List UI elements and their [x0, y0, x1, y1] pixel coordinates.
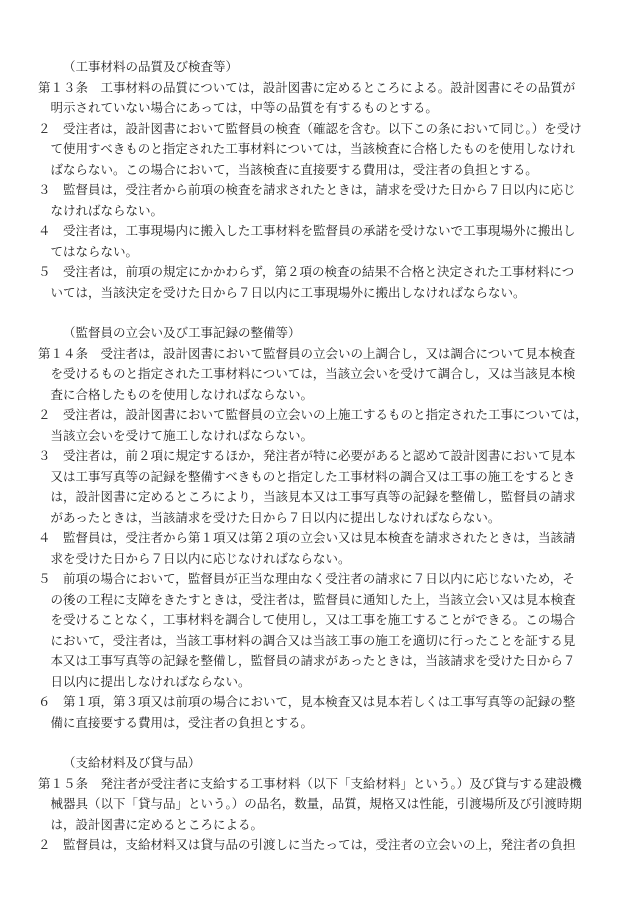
paragraph-first-line: ２ 監督員は，支給材料又は貸与品の引渡しに当たっては，受注者の立会いの上，発注者… — [38, 835, 594, 856]
paragraph-first-line: 第１４条 受注者は，設計図書において監督員の立会いの上調合し，又は調合について見… — [38, 344, 594, 365]
section-heading: （工事材料の品質及び検査等） — [38, 57, 594, 78]
paragraph-first-line: ５ 前項の場合において，監督員が正当な理由なく受注者の請求に７日以内に応じないた… — [38, 569, 594, 590]
paragraph-line: てはならない。 — [38, 242, 594, 263]
document-section: （工事材料の品質及び検査等）第１３条 工事材料の品質については，設計図書に定める… — [38, 57, 594, 303]
paragraph-line: 日以内に提出しなければならない。 — [38, 672, 594, 693]
paragraph-line: は，設計図書に定めるところにより，当該見本又は工事写真等の記録を整備し，監督員の… — [38, 487, 594, 508]
paragraph-line: 備に直接要する費用は，受注者の負担とする。 — [38, 713, 594, 734]
paragraph-line: なければならない。 — [38, 201, 594, 222]
paragraph-first-line: ２ 受注者は，設計図書において監督員の立会いの上施工するものと指定された工事につ… — [38, 405, 594, 426]
paragraph-line: いては，当該決定を受けた日から７日以内に工事現場外に搬出しなければならない。 — [38, 283, 594, 304]
paragraph-line: 求を受けた日から７日以内に応じなければならない。 — [38, 549, 594, 570]
paragraph-line: 又は工事写真等の記録を整備すべきものと指定した工事材料の調合又は工事の施工をする… — [38, 467, 594, 488]
paragraph-first-line: ６ 第１項，第３項又は前項の場合において，見本検査又は見本若しくは工事写真等の記… — [38, 692, 594, 713]
document-section: （支給材料及び貸与品）第１５条 発注者が受注者に支給する工事材料（以下「支給材料… — [38, 753, 594, 856]
paragraph-line: を受けることなく，工事材料を調合して使用し，又は工事を施工することができる。この… — [38, 610, 594, 631]
paragraph-line: 査に合格したものを使用しなければならない。 — [38, 385, 594, 406]
paragraph-line: において，受注者は，当該工事材料の調合又は当該工事の施工を適切に行ったことを証す… — [38, 631, 594, 652]
paragraph-line: 当該立会いを受けて施工しなければならない。 — [38, 426, 594, 447]
paragraph-first-line: ２ 受注者は，設計図書において監督員の検査（確認を含む。以下この条において同じ。… — [38, 119, 594, 140]
section-heading: （監督員の立会い及び工事記録の整備等） — [38, 323, 594, 344]
document-page: （工事材料の品質及び検査等）第１３条 工事材料の品質については，設計図書に定める… — [0, 0, 630, 903]
section-heading: （支給材料及び貸与品） — [38, 753, 594, 774]
paragraph-line: は，設計図書に定めるところによる。 — [38, 815, 594, 836]
paragraph-line: があったときは，当該請求を受けた日から７日以内に提出しなければならない。 — [38, 508, 594, 529]
paragraph-first-line: ４ 監督員は，受注者から第１項又は第２項の立会い又は見本検査を請求されたときは，… — [38, 528, 594, 549]
document-section: （監督員の立会い及び工事記録の整備等）第１４条 受注者は，設計図書において監督員… — [38, 323, 594, 733]
paragraph-first-line: ３ 受注者は，前２項に規定するほか，発注者が特に必要があると認めて設計図書におい… — [38, 446, 594, 467]
paragraph-line: 械器具（以下「貸与品」という。）の品名，数量，品質，規格又は性能，引渡場所及び引… — [38, 794, 594, 815]
paragraph-line: ばならない。この場合において，当該検査に直接要する費用は，受注者の負担とする。 — [38, 160, 594, 181]
paragraph-first-line: 第１３条 工事材料の品質については，設計図書に定めるところによる。設計図書にその… — [38, 78, 594, 99]
paragraph-line: て使用すべきものと指定された工事材料については，当該検査に合格したものを使用しな… — [38, 139, 594, 160]
paragraph-line: を受けるものと指定された工事材料については，当該立会いを受けて調合し，又は当該見… — [38, 364, 594, 385]
paragraph-first-line: ４ 受注者は，工事現場内に搬入した工事材料を監督員の承諾を受けないで工事現場外に… — [38, 221, 594, 242]
paragraph-line: 本又は工事写真等の記録を整備し，監督員の請求があったときは，当該請求を受けた日か… — [38, 651, 594, 672]
paragraph-first-line: ５ 受注者は，前項の規定にかかわらず，第２項の検査の結果不合格と決定された工事材… — [38, 262, 594, 283]
paragraph-line: 明示されていない場合にあっては，中等の品質を有するものとする。 — [38, 98, 594, 119]
paragraph-first-line: ３ 監督員は，受注者から前項の検査を請求されたときは，請求を受けた日から７日以内… — [38, 180, 594, 201]
document-content: （工事材料の品質及び検査等）第１３条 工事材料の品質については，設計図書に定める… — [38, 57, 594, 856]
paragraph-line: の後の工程に支障をきたすときは，受注者は，監督員に通知した上，当該立会い又は見本… — [38, 590, 594, 611]
paragraph-first-line: 第１５条 発注者が受注者に支給する工事材料（以下「支給材料」という。）及び貸与す… — [38, 774, 594, 795]
